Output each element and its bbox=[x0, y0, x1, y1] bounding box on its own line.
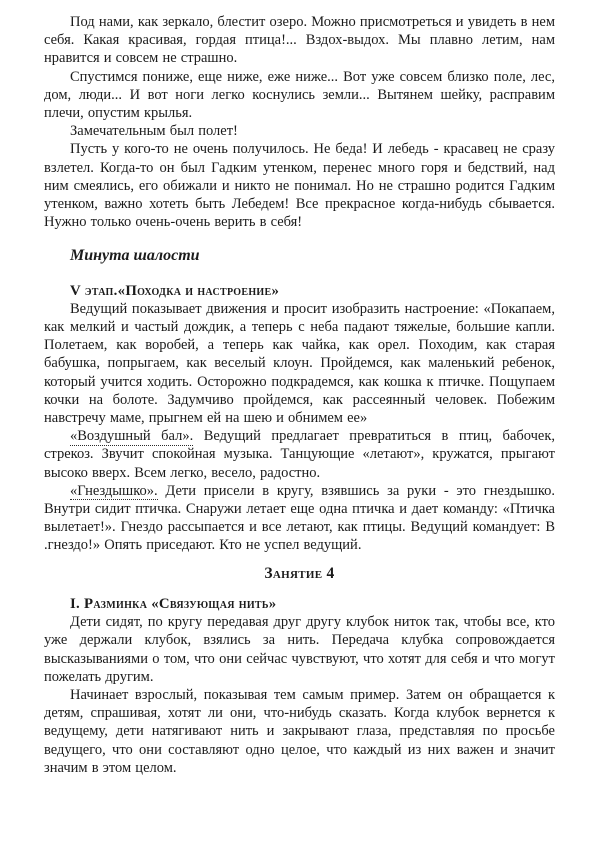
heading-warmup-connecting-thread: I. Разминка «Связующая нить» bbox=[44, 595, 555, 613]
air-ball-underlined-title: «Воздушный бал». bbox=[70, 428, 193, 446]
heading-lesson-4: Занятие 4 bbox=[44, 565, 555, 583]
paragraph-flight-exclaim: Замечательным был полет! bbox=[44, 122, 555, 140]
paragraph-adult-starts: Начинает взрослый, показывая тем самым п… bbox=[44, 686, 555, 777]
paragraph-air-ball: «Воздушный бал». Ведущий предлагает прев… bbox=[44, 427, 555, 482]
heading-minute-of-mischief: Минута шалости bbox=[44, 247, 555, 265]
paragraph-descent: Спустимся пониже, еще ниже, еже ниже... … bbox=[44, 68, 555, 123]
nest-underlined-title: «Гнездышко». bbox=[70, 483, 158, 501]
paragraph-lake-flight: Под нами, как зеркало, блестит озеро. Мо… bbox=[44, 13, 555, 68]
paragraph-nest: «Гнездышко». Дети присели в кругу, взявш… bbox=[44, 482, 555, 555]
paragraph-mood-movements: Ведущий показывает движения и просит изо… bbox=[44, 300, 555, 427]
paragraph-thread-ball: Дети сидят, по кругу передавая друг друг… bbox=[44, 613, 555, 686]
heading-stage-5-gait-and-mood: V этап.«Походка и настроение» bbox=[44, 282, 555, 300]
page-content: Под нами, как зеркало, блестит озеро. Мо… bbox=[44, 13, 555, 777]
paragraph-ugly-duckling: Пусть у кого-то не очень получилось. Не … bbox=[44, 140, 555, 231]
document-page: Под нами, как зеркало, блестит озеро. Мо… bbox=[0, 0, 595, 842]
